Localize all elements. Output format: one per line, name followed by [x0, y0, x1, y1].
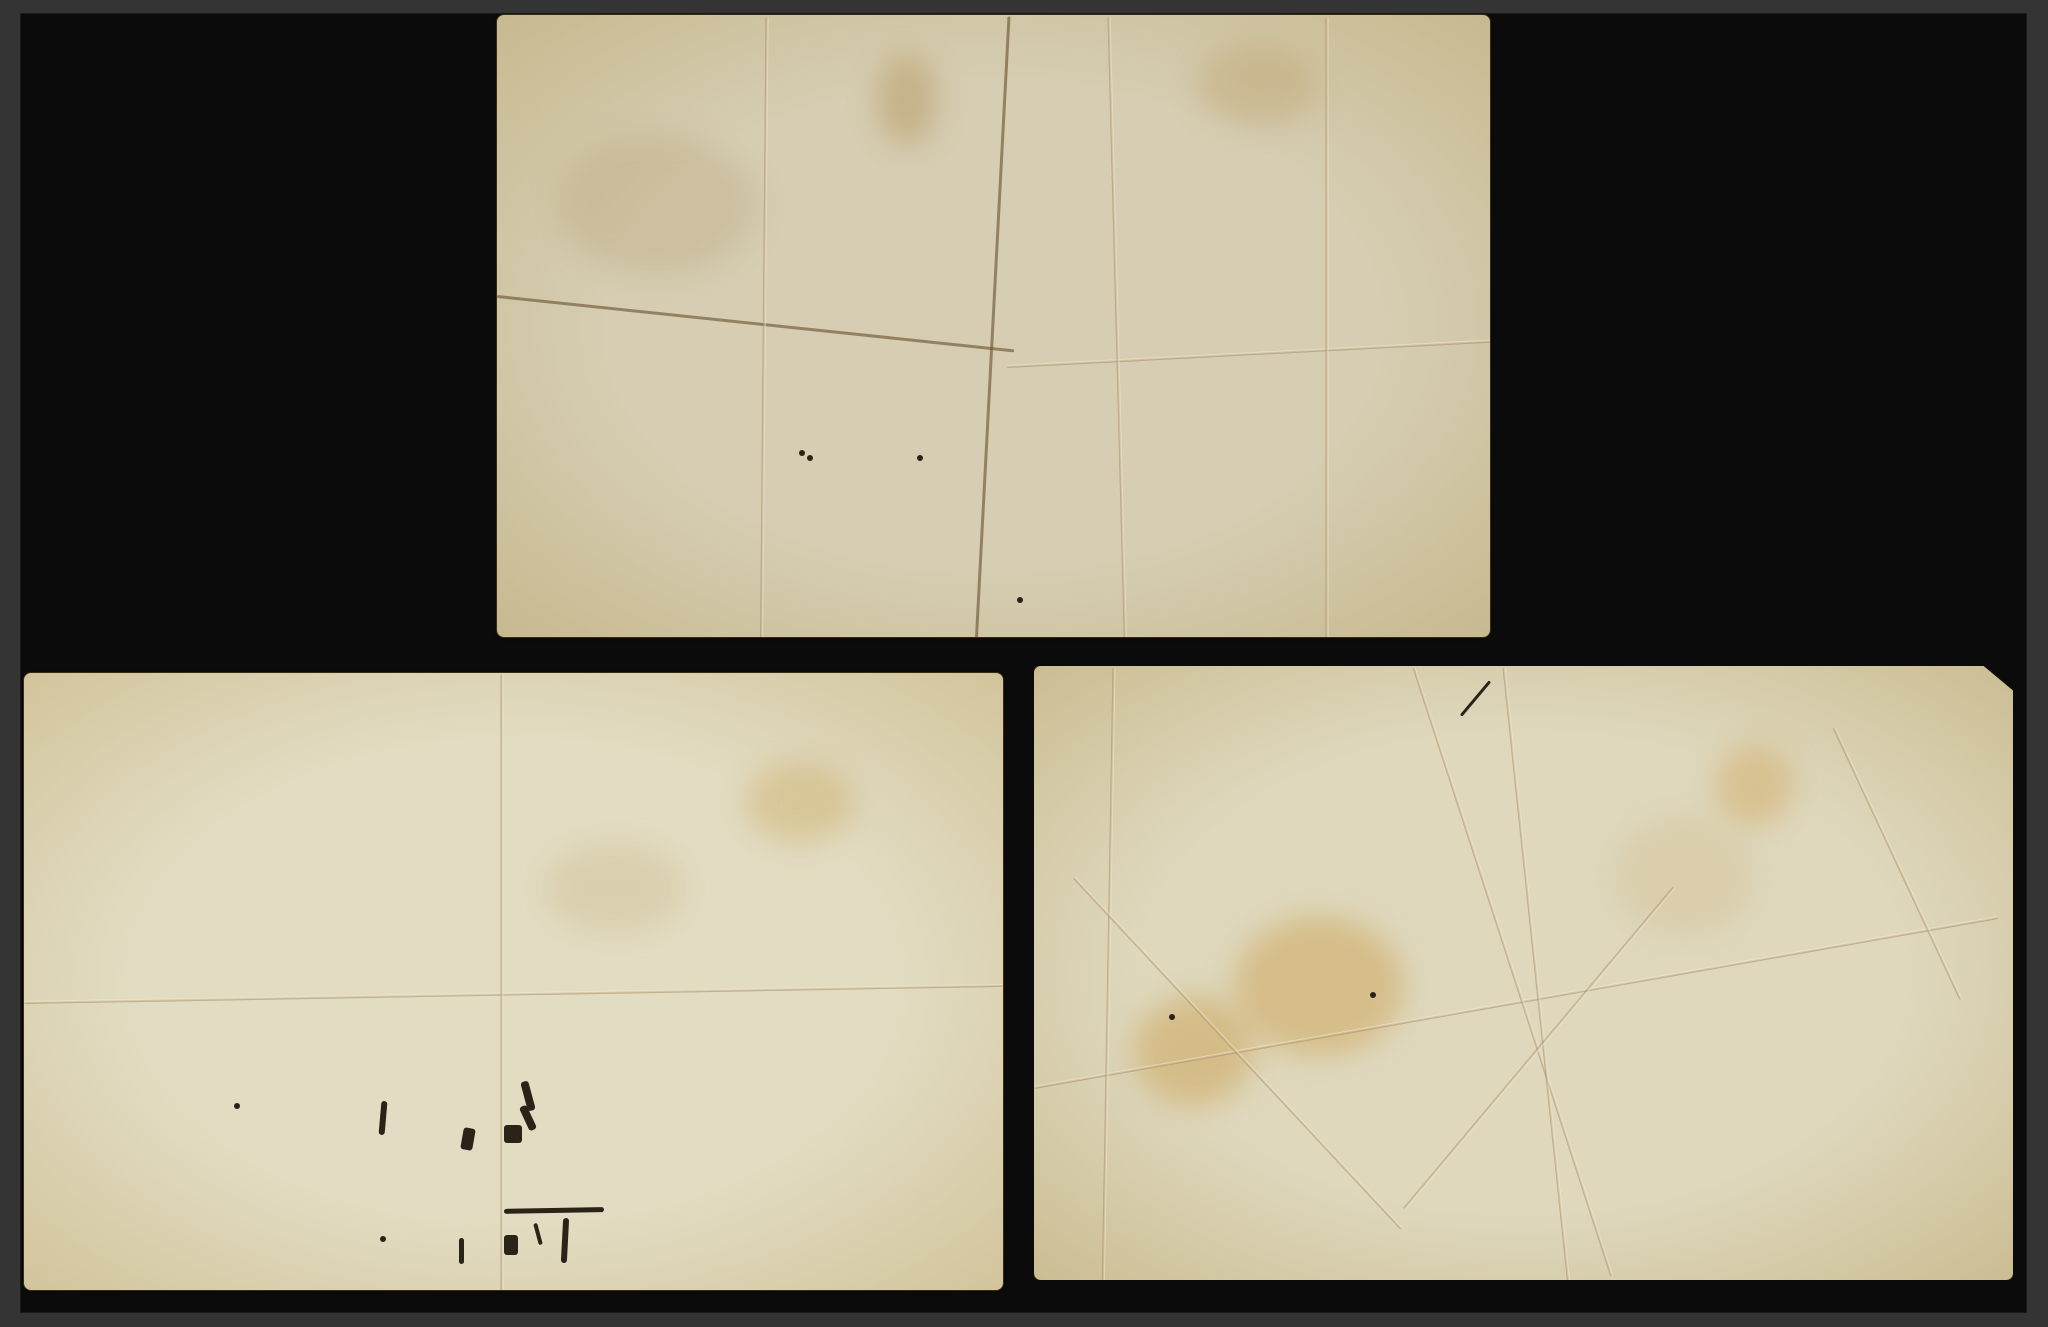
ink-spot: [1169, 1014, 1175, 1020]
ink-bleed-mark: [459, 1238, 464, 1264]
fold-crease: [760, 16, 768, 637]
fold-crease: [1108, 16, 1127, 637]
ink-spot: [380, 1236, 386, 1242]
paper-note-top: [497, 15, 1490, 637]
paper-note-bottom-right: [1034, 666, 2013, 1280]
water-stain: [544, 843, 684, 933]
ink-spot: [1017, 597, 1023, 603]
ink-bleed-mark: [504, 1125, 522, 1143]
fold-crease: [501, 675, 504, 1291]
paper-note-bottom-left: [24, 673, 1003, 1290]
water-stain: [1197, 45, 1317, 125]
water-stain: [557, 135, 757, 275]
fold-crease: [497, 295, 1014, 352]
water-stain: [1614, 816, 1754, 936]
ink-bleed-mark: [379, 1101, 388, 1135]
water-stain: [1714, 746, 1794, 826]
fold-crease: [1102, 667, 1116, 1280]
fold-crease: [1403, 887, 1675, 1211]
ink-spot: [234, 1103, 240, 1109]
ink-spot: [1370, 992, 1376, 998]
ink-bleed-mark: [561, 1218, 569, 1263]
fold-crease: [24, 984, 1003, 1004]
fold-crease: [1007, 339, 1490, 368]
ink-bleed-mark: [533, 1223, 543, 1245]
ink-bleed-mark: [460, 1127, 476, 1151]
water-stain: [744, 763, 854, 843]
ink-bleed-mark: [1460, 680, 1491, 716]
ink-spot: [799, 450, 805, 456]
ink-spot: [807, 455, 813, 461]
fold-crease: [975, 16, 1011, 637]
ink-bleed-mark: [504, 1207, 604, 1214]
water-stain: [877, 55, 937, 145]
fold-crease: [1833, 727, 1963, 1000]
ink-spot: [917, 455, 923, 461]
ink-bleed-mark: [504, 1235, 518, 1255]
fold-crease: [1326, 17, 1329, 638]
